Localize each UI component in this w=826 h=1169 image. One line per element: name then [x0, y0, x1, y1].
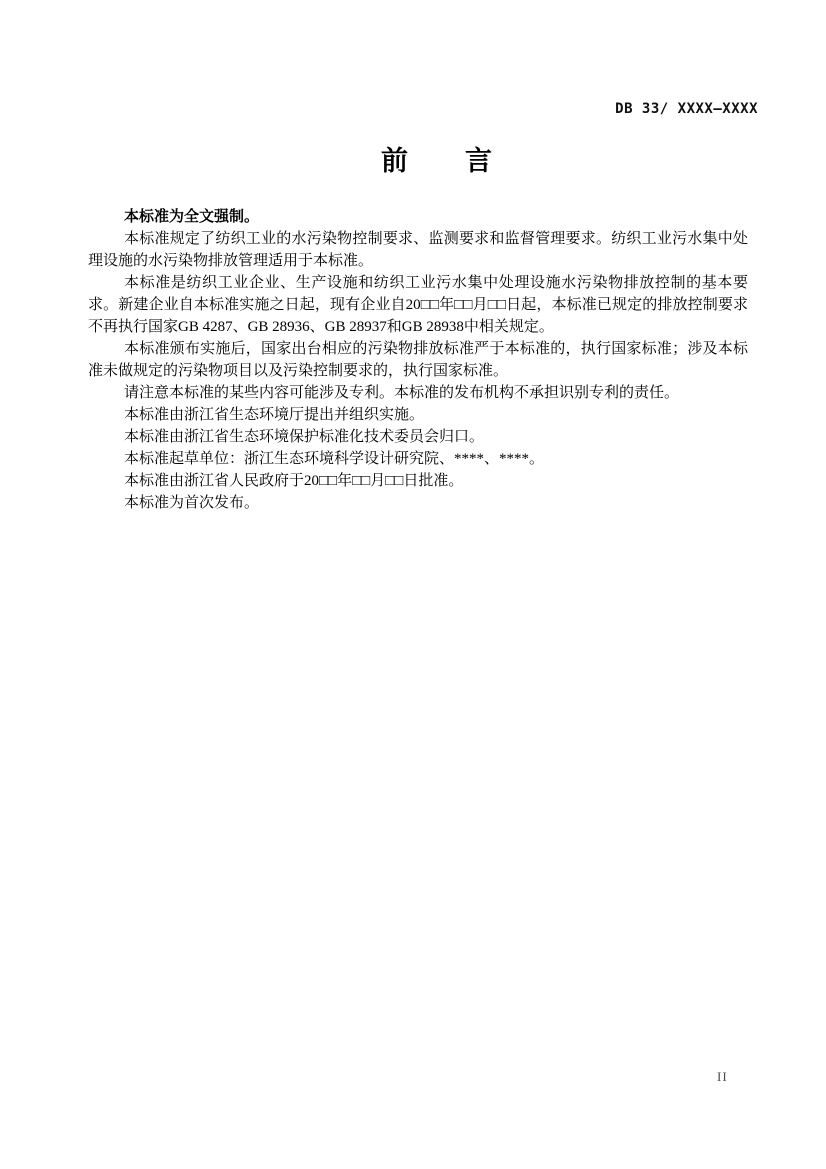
foreword-title: 前 言	[24, 139, 826, 178]
document-page: DB 33/ XXXX—XXXX 前 言 本标准为全文强制。 本标准规定了纺织工…	[0, 0, 826, 1169]
paragraph-centralized-by: 本标准由浙江省生态环境保护标准化技术委员会归口。	[88, 426, 748, 448]
paragraph-patent-notice: 请注意本标准的某些内容可能涉及专利。本标准的发布机构不承担识别专利的责任。	[88, 382, 748, 404]
paragraph-approval: 本标准由浙江省人民政府于20□□年□□月□□日批准。	[88, 470, 748, 492]
standard-code-header: DB 33/ XXXX—XXXX	[0, 101, 758, 117]
paragraph-proposer: 本标准由浙江省生态环境厅提出并组织实施。	[88, 404, 748, 426]
paragraph-national-standards: 本标准颁布实施后，国家出台相应的污染物排放标准严于本标准的，执行国家标准；涉及本…	[88, 338, 748, 382]
paragraph-requirements: 本标准是纺织工业企业、生产设施和纺织工业污水集中处理设施水污染物排放控制的基本要…	[88, 272, 748, 338]
page-number: II	[717, 1069, 728, 1085]
paragraph-drafting-units: 本标准起草单位：浙江生态环境科学设计研究院、****、****。	[88, 448, 748, 470]
paragraph-scope: 本标准规定了纺织工业的水污染物控制要求、监测要求和监督管理要求。纺织工业污水集中…	[88, 228, 748, 272]
paragraph-first-release: 本标准为首次发布。	[88, 492, 748, 514]
paragraph-mandatory-note: 本标准为全文强制。	[88, 206, 748, 228]
foreword-body: 本标准为全文强制。 本标准规定了纺织工业的水污染物控制要求、监测要求和监督管理要…	[88, 206, 748, 514]
